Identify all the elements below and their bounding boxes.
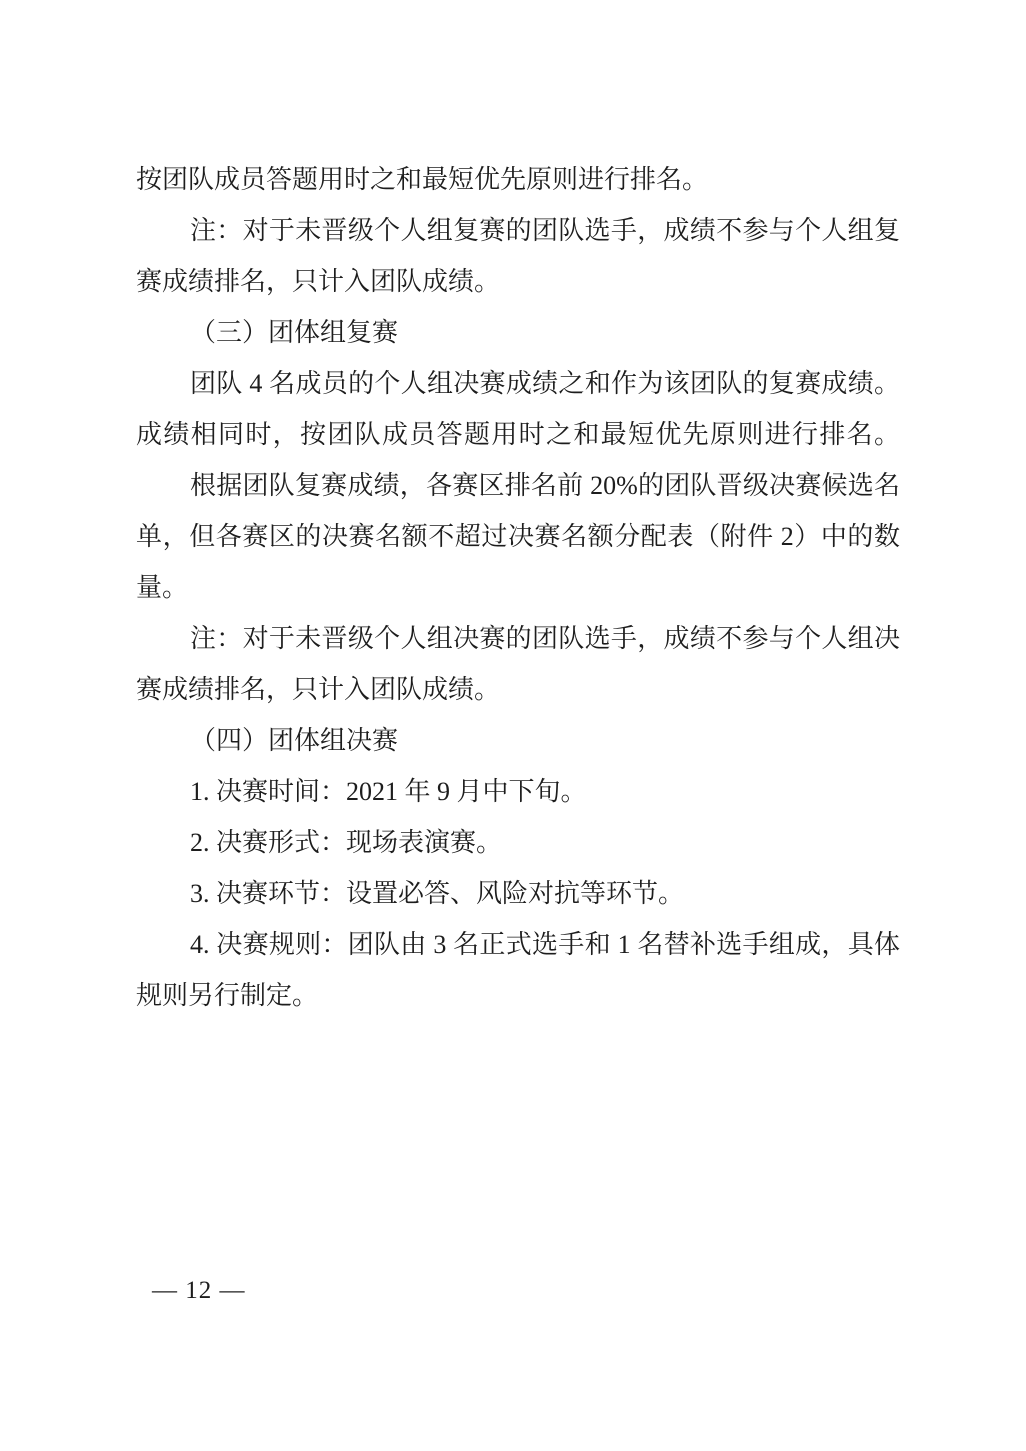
text-line: 团队 4 名成员的个人组决赛成绩之和作为该团队的复赛成绩。 xyxy=(136,358,900,409)
document-page: 按团队成员答题用时之和最短优先原则进行排名。注：对于未晋级个人组复赛的团队选手，… xyxy=(0,0,1026,1451)
text-line: 单，但各赛区的决赛名额不超过决赛名额分配表（附件 2）中的数 xyxy=(136,511,900,562)
text-line: 注：对于未晋级个人组决赛的团队选手，成绩不参与个人组决 xyxy=(136,613,900,664)
text-line: 注：对于未晋级个人组复赛的团队选手，成绩不参与个人组复 xyxy=(136,205,900,256)
section-heading: （三）团体组复赛 xyxy=(136,307,900,358)
text-line: 量。 xyxy=(136,562,900,613)
text-line: 1. 决赛时间：2021 年 9 月中下旬。 xyxy=(136,766,900,817)
page-number: — 12 — xyxy=(152,1274,246,1308)
text-line: 根据团队复赛成绩，各赛区排名前 20%的团队晋级决赛候选名 xyxy=(136,460,900,511)
text-line: 规则另行制定。 xyxy=(136,970,900,1021)
text-line: 成绩相同时，按团队成员答题用时之和最短优先原则进行排名。 xyxy=(136,409,900,460)
document-body: 按团队成员答题用时之和最短优先原则进行排名。注：对于未晋级个人组复赛的团队选手，… xyxy=(136,154,900,1021)
text-line: 2. 决赛形式：现场表演赛。 xyxy=(136,817,900,868)
text-line: 赛成绩排名，只计入团队成绩。 xyxy=(136,664,900,715)
text-line: 按团队成员答题用时之和最短优先原则进行排名。 xyxy=(136,154,900,205)
text-line: 赛成绩排名，只计入团队成绩。 xyxy=(136,256,900,307)
section-heading: （四）团体组决赛 xyxy=(136,715,900,766)
text-line: 3. 决赛环节：设置必答、风险对抗等环节。 xyxy=(136,868,900,919)
text-line: 4. 决赛规则：团队由 3 名正式选手和 1 名替补选手组成，具体 xyxy=(136,919,900,970)
